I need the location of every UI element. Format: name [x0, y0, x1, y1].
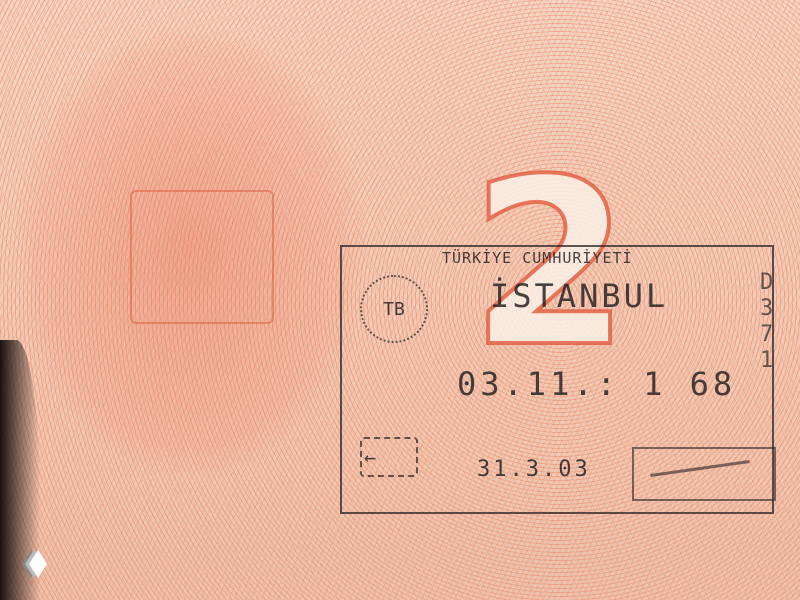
partial-stamp-text: D 3 7 1 — [760, 270, 790, 374]
watermark-logo-icon — [22, 550, 46, 580]
coat-of-arms-shield — [130, 190, 274, 324]
stamp-secondary-date: 31.3.03 — [477, 457, 591, 482]
signature — [650, 460, 749, 477]
exit-arrow-icon: ← — [360, 437, 418, 477]
stamp-date: 03.11.: 1 68 — [457, 365, 736, 403]
border-stamp: TÜRKİYE CUMHURİYETİ TB İSTANBUL 03.11.: … — [340, 245, 774, 514]
passport-page: 2 TÜRKİYE CUMHURİYETİ TB İSTANBUL 03.11.… — [0, 0, 800, 600]
stamp-header: TÜRKİYE CUMHURİYETİ — [442, 249, 633, 267]
stamp-emblem: TB — [360, 275, 428, 343]
signature-box — [632, 447, 776, 501]
stamp-city: İSTANBUL — [490, 277, 668, 315]
